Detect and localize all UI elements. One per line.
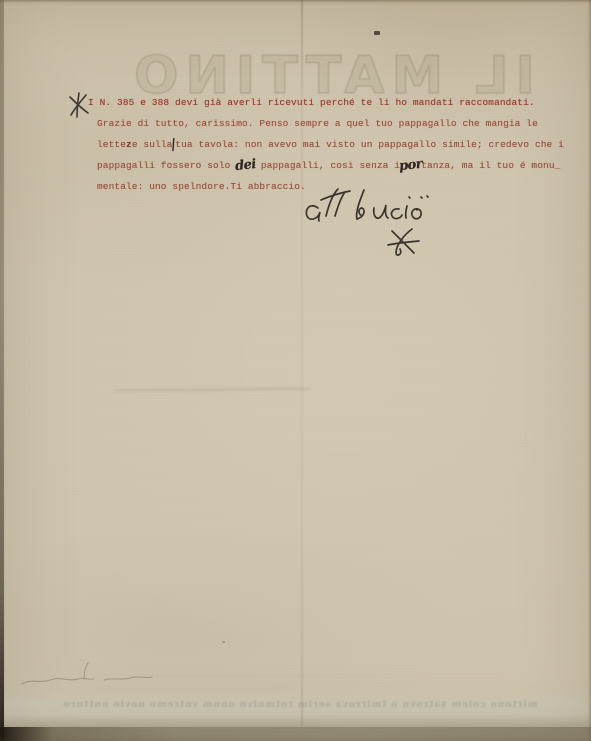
letter-line: pappagalli fossero solo dei pappagalli, … bbox=[88, 155, 568, 176]
typed-text: I N. 385 e 388 devi già averli ricevuti … bbox=[88, 97, 535, 108]
typed-text: Grazie di tutto, carissimo. Penso sempre… bbox=[97, 118, 538, 129]
bottom-edge-fade bbox=[0, 714, 591, 728]
typed-text: lette bbox=[97, 139, 126, 150]
typed-text: mentale: uno spelndore.Ti abbraccio. bbox=[97, 181, 306, 192]
bleedthrough-footer-band bbox=[0, 690, 591, 728]
letter-body: I N. 385 e 388 devi già averli ricevuti … bbox=[88, 92, 568, 197]
letter-line: I N. 385 e 388 devi già averli ricevuti … bbox=[88, 92, 568, 113]
typed-text: pappagalli, così senza i bbox=[255, 160, 400, 171]
left-edge-shadow bbox=[0, 0, 4, 741]
pencil-scribble bbox=[18, 658, 188, 694]
ink-speck bbox=[222, 641, 225, 643]
typed-text: tua tavola: non avevo mai visto un pappa… bbox=[175, 139, 564, 150]
typed-text: tanza, ma il tuo é monu_ bbox=[421, 160, 560, 171]
typed-text: pappagalli fossero solo bbox=[97, 160, 236, 171]
bleedthrough-footer-text: mirtono coiem xatrovn o tmirrova serim r… bbox=[30, 700, 570, 714]
handwritten-correction: por bbox=[399, 160, 423, 172]
ink-speck bbox=[374, 31, 380, 35]
top-edge-shadow bbox=[0, 0, 591, 3]
ink-smudge bbox=[115, 387, 310, 392]
handwritten-correction: dei bbox=[235, 160, 257, 172]
signature-handwriting bbox=[300, 184, 450, 262]
letter-line: letteze sulla|tua tavola: non avevo mai … bbox=[88, 134, 568, 155]
letter-page: IL MATTINO I N. 385 e 388 devi già averl… bbox=[0, 0, 591, 741]
typed-text: e sulla bbox=[132, 139, 173, 150]
letter-line: Grazie di tutto, carissimo. Penso sempre… bbox=[88, 113, 568, 134]
bottom-edge-shadow bbox=[0, 727, 591, 741]
